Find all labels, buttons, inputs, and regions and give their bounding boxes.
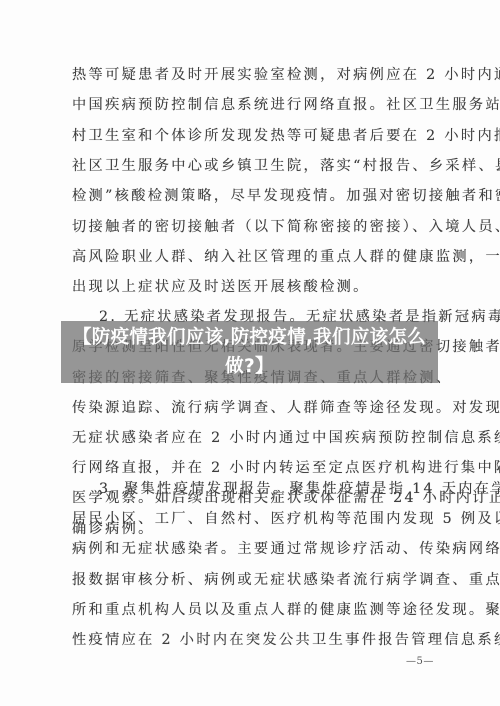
text-line: 高风险职业人群、纳入社区管理的重点人群的健康监测，一旦 — [72, 247, 432, 267]
text-line: 热等可疑患者及时开展实验室检测，对病例应在 2 小时内通过 — [72, 65, 432, 85]
text-line: 所和重点机构人员以及重点人群的健康监测等途径发现。聚集 — [72, 600, 432, 620]
text-line: 居民小区、工厂、自然村、医疗机构等范围内发现 5 例及以上 — [72, 509, 432, 529]
page-number: —5— — [406, 656, 434, 667]
text-line: 行网络直报，并在 2 小时内转运至定点医疗机构进行集中隔离 — [72, 458, 432, 478]
text-line: 报数据审核分析、病例或无症状感染者流行病学调查、重点场 — [72, 570, 432, 590]
text-line: 3. 聚集性疫情发现报告。聚集性疫情是指 14 天内在学校、 — [99, 479, 432, 499]
text-line: 性疫情应在 2 小时内在突发公共卫生事件报告管理信息系统网 — [72, 630, 432, 650]
text-line: 村卫生室和个体诊所发现发热等可疑患者后要在 2 小时内报告 — [72, 126, 432, 146]
text-line: 检测”核酸检测策略，尽早发现疫情。加强对密切接触者和密 — [72, 186, 432, 206]
text-line: 病例和无症状感染者。主要通过常规诊疗活动、传染病网络直 — [72, 539, 432, 559]
text-line: 中国疾病预防控制信息系统进行网络直报。社区卫生服务站、 — [72, 95, 432, 115]
text-line: 传染源追踪、流行病学调查、人群筛查等途径发现。对发现的 — [72, 398, 432, 418]
text-line: 出现以上症状应及时送医开展核酸检测。 — [72, 277, 432, 297]
banner-title: 【防疫情我们应该,防控疫情,我们应该怎么做?】 — [61, 323, 438, 381]
text-line: 切接触者的密切接触者（以下简称密接的密接）、入境人员、 — [72, 217, 432, 237]
text-line: 社区卫生服务中心或乡镇卫生院，落实“村报告、乡采样、县 — [72, 156, 432, 176]
text-line: 无症状感染者应在 2 小时内通过中国疾病预防控制信息系统进 — [72, 428, 432, 448]
